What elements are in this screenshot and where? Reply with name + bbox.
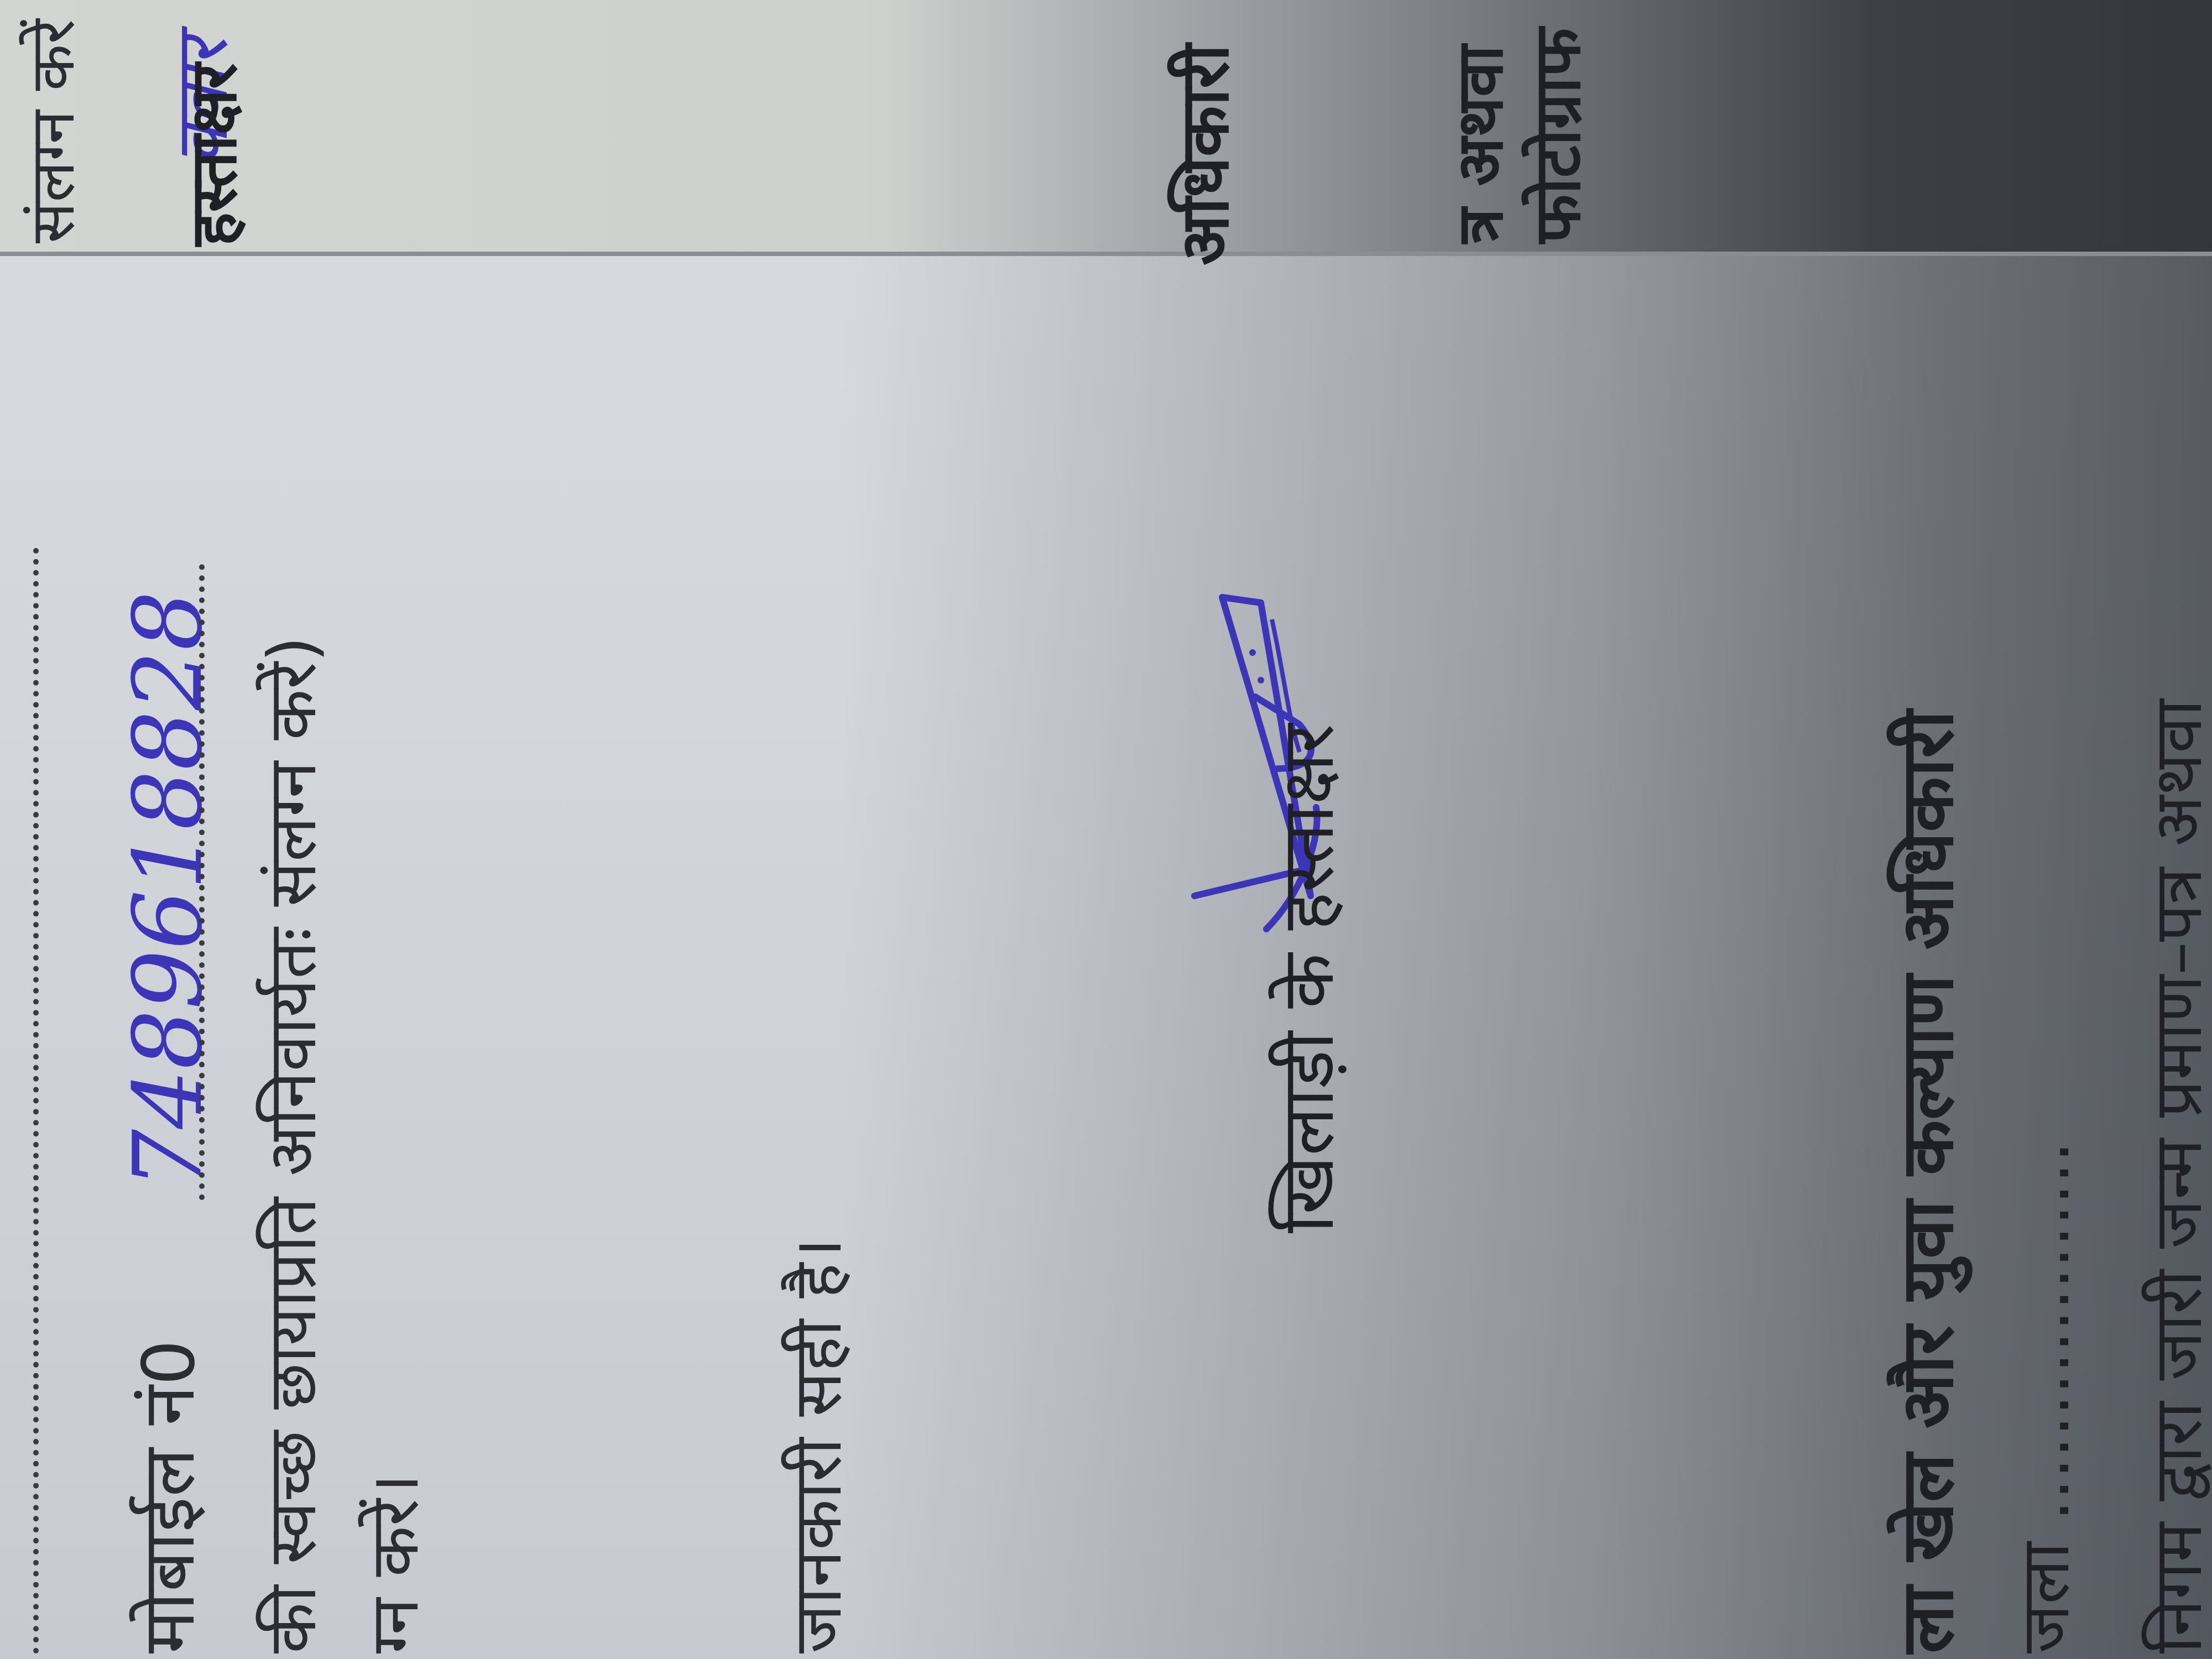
dotted-line	[33, 547, 39, 1653]
right-officer-fragment: अधिकारी	[1172, 44, 1239, 265]
instruction-line-2: ग्न करें।	[362, 1474, 429, 1653]
officer-line-1: ला खेल और युवा कल्याण अधिकारी	[1891, 710, 1963, 1653]
page-fold-edge	[0, 252, 2212, 256]
bottom-line: निगम द्वारा जारी जन्म प्रमाण–पत्र अथवा	[2146, 699, 2212, 1653]
mobile-label: मोबाईल नं0	[133, 1340, 205, 1653]
top-attach-text: संलग्न करें	[22, 19, 83, 243]
right-photograph-fragment: फोटोग्राफ	[1526, 28, 1590, 243]
top-signature-label: हस्ताक्षर	[182, 63, 246, 246]
declaration-text: जानकारी सही है।	[785, 1238, 852, 1653]
mobile-dotted-line	[199, 564, 205, 1200]
instruction-line-1: की स्वच्छ छायाप्रति अनिवार्यतः संलग्न कर…	[260, 636, 326, 1653]
player-signature-label: खिलाड़ी के हस्ताक्षर	[1272, 724, 1344, 1233]
officer-line-2: जला ..................	[2013, 1141, 2079, 1653]
folded-page-top	[0, 0, 2212, 254]
right-or-fragment: त्र अथवा	[1449, 45, 1512, 243]
